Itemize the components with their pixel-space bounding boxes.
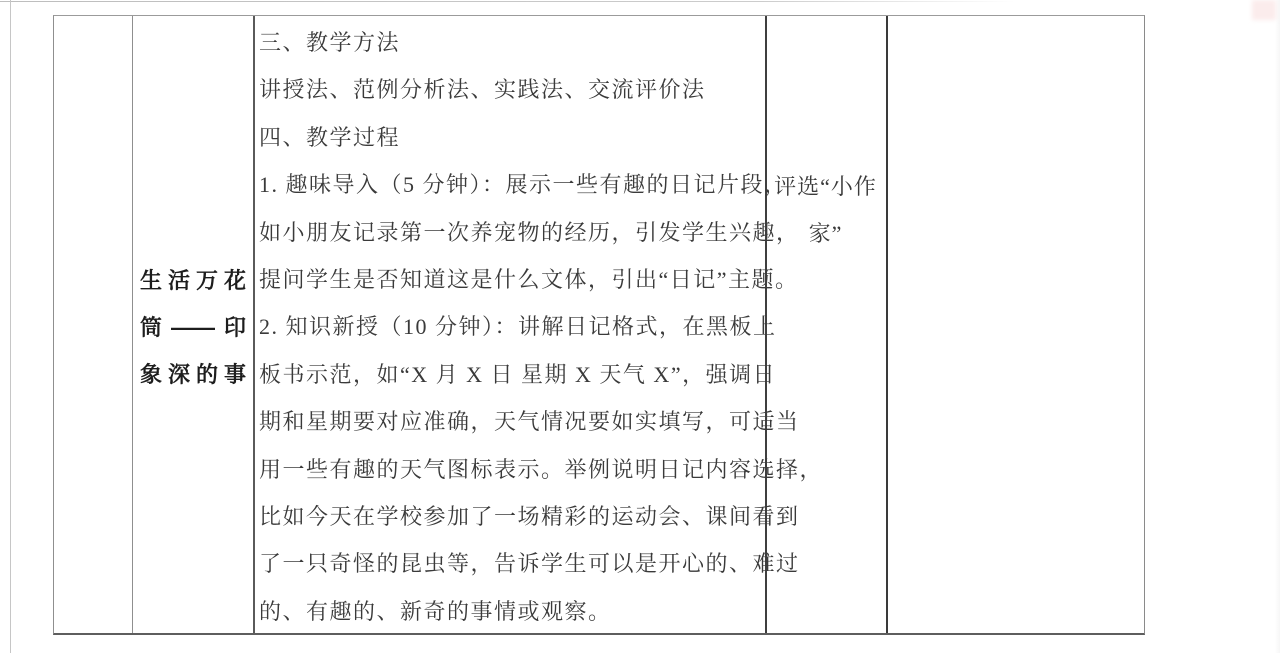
- lesson-title-line: 生活万花: [140, 257, 246, 304]
- content-line: 了一只奇怪的昆虫等，告诉学生可以是开心的、难过: [259, 540, 759, 587]
- table-column-border-1: [132, 16, 133, 633]
- scan-left-edge-artifact: [10, 0, 11, 653]
- content-line: 期和星期要对应准确，天气情况要如实填写，可适当: [259, 398, 759, 445]
- content-line: 三、教学方法: [259, 19, 759, 66]
- content-line: 四、教学过程: [259, 114, 759, 161]
- content-line: 提问学生是否知道这是什么文体，引出“日记”主题。: [259, 256, 759, 303]
- cell-lesson-title: 生活万花筒——印象深的事: [140, 257, 246, 398]
- content-line: 比如今天在学校参加了一场精彩的运动会、课间看到: [259, 493, 759, 540]
- lesson-title-line: 筒——印: [140, 304, 246, 351]
- scan-top-edge-artifact: [0, 1, 1015, 2]
- cell-lesson-content: 三、教学方法讲授法、范例分析法、实践法、交流评价法四、教学过程1. 趣味导入（5…: [259, 19, 759, 635]
- lesson-title-line: 象深的事: [140, 351, 246, 398]
- content-line: 如小朋友记录第一次养宠物的经历，引发学生兴趣，: [259, 209, 759, 256]
- content-line: 板书示范，如“X 月 X 日 星期 X 天气 X”，强调日: [259, 351, 759, 398]
- scan-pink-smudge-artifact: [1252, 0, 1276, 20]
- document-page: 生活万花筒——印象深的事 三、教学方法讲授法、范例分析法、实践法、交流评价法四、…: [0, 0, 1280, 653]
- scan-right-edge-artifact: [1275, 0, 1280, 653]
- content-line: 的、有趣的、新奇的事情或观察。: [259, 588, 759, 635]
- content-line: 讲授法、范例分析法、实践法、交流评价法: [259, 66, 759, 113]
- cell-evaluation: 评选“小作家”: [765, 163, 886, 258]
- evaluation-line: 评选“小作: [765, 163, 886, 210]
- content-line: 1. 趣味导入（5 分钟）：展示一些有趣的日记片段，: [259, 161, 759, 208]
- content-line: 2. 知识新授（10 分钟）：讲解日记格式，在黑板上: [259, 303, 759, 350]
- table-column-border-2: [253, 16, 255, 633]
- evaluation-line: 家”: [765, 210, 886, 257]
- lesson-plan-table: 生活万花筒——印象深的事 三、教学方法讲授法、范例分析法、实践法、交流评价法四、…: [53, 15, 1145, 635]
- table-column-border-4: [886, 16, 888, 633]
- content-line: 用一些有趣的天气图标表示。举例说明日记内容选择，: [259, 446, 759, 493]
